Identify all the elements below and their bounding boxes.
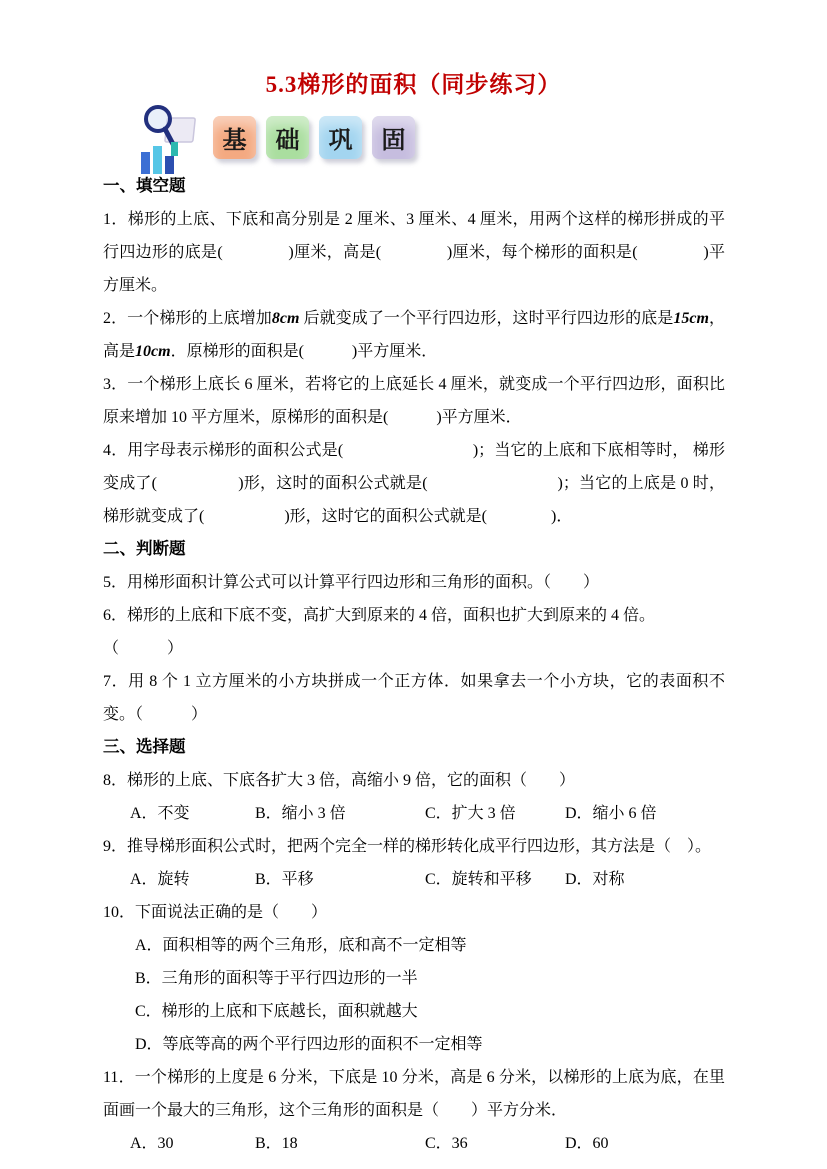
question-1: 1．梯形的上底、下底和高分别是 2 厘米、3 厘米、4 厘米，用两个这样的梯形拼… [103, 203, 725, 302]
question-2-text: 后就变成了一个平行四边形，这时平行四边形的底是 [299, 310, 673, 327]
question-4: 4．用字母表示梯形的面积公式是( )；当它的上底和下底相等时， 梯形变成了( )… [103, 434, 725, 533]
question-11-options: A．30 B．18 C．36 D．60 [103, 1127, 725, 1160]
badge-ji: 基 [213, 116, 256, 159]
option-d: D．缩小 6 倍 [565, 797, 725, 830]
section-heading-fill-in: 一、填空题 [103, 170, 725, 203]
question-9: 9．推导梯形面积公式时，把两个完全一样的梯形转化成平行四边形，其方法是（ ）。 [103, 830, 725, 863]
option-d: D．对称 [565, 863, 725, 896]
section-heading-multiple-choice: 三、选择题 [103, 731, 725, 764]
question-2-bold-15cm: 15cm [673, 310, 709, 327]
question-9-options: A．旋转 B．平移 C．旋转和平移 D．对称 [103, 863, 725, 896]
question-2-bold-8cm: 8cm [272, 310, 300, 327]
question-8: 8．梯形的上底、下底各扩大 3 倍，高缩小 9 倍，它的面积（ ） [103, 764, 725, 797]
option-a: A．30 [130, 1127, 255, 1160]
question-2-bold-10cm: 10cm [135, 343, 171, 360]
option-c: C．梯形的上底和下底越长，面积就越大 [135, 995, 725, 1028]
option-c: C．扩大 3 倍 [425, 797, 565, 830]
header-decor: 基 础 巩 固 [131, 102, 415, 178]
option-b: B．三角形的面积等于平行四边形的一半 [135, 962, 725, 995]
option-c: C．旋转和平移 [425, 863, 565, 896]
page-title: 5.3梯形的面积（同步练习） [0, 66, 827, 99]
question-6: 6．梯形的上底和下底不变，高扩大到原来的 4 倍，面积也扩大到原来的 4 倍。 [103, 599, 725, 632]
question-8-options: A．不变 B．缩小 3 倍 C．扩大 3 倍 D．缩小 6 倍 [103, 797, 725, 830]
question-11: 11．一个梯形的上度是 6 分米，下底是 10 分米，高是 6 分米，以梯形的上… [103, 1061, 725, 1127]
option-b: B．18 [255, 1127, 425, 1160]
question-5: 5．用梯形面积计算公式可以计算平行四边形和三角形的面积。（ ） [103, 566, 725, 599]
badge-gong: 巩 [319, 116, 362, 159]
question-10-options: A．面积相等的两个三角形，底和高不一定相等 B．三角形的面积等于平行四边形的一半… [103, 929, 725, 1061]
option-a: A．面积相等的两个三角形，底和高不一定相等 [135, 929, 725, 962]
question-2-text: 2．一个梯形的上底增加 [103, 310, 272, 327]
question-10: 10．下面说法正确的是（ ） [103, 896, 725, 929]
worksheet-body: 一、填空题 1．梯形的上底、下底和高分别是 2 厘米、3 厘米、4 厘米，用两个… [103, 170, 725, 1160]
question-2: 2．一个梯形的上底增加8cm 后就变成了一个平行四边形，这时平行四边形的底是15… [103, 302, 725, 368]
option-d: D．60 [565, 1127, 725, 1160]
option-b: B．平移 [255, 863, 425, 896]
badge-gu: 固 [372, 116, 415, 159]
badge-chu: 础 [266, 116, 309, 159]
magnifier-clipart-icon [131, 102, 203, 178]
worksheet-page: 5.3梯形的面积（同步练习） 基 础 巩 固 一、填空题 1．梯形的上底、下底和… [0, 0, 827, 1169]
question-2-text: ．原梯形的面积是( )平方厘米． [171, 343, 438, 360]
option-a: A．旋转 [130, 863, 255, 896]
option-d: D．等底等高的两个平行四边形的面积不一定相等 [135, 1028, 725, 1061]
section-heading-true-false: 二、判断题 [103, 533, 725, 566]
option-c: C．36 [425, 1127, 565, 1160]
question-7: 7．用 8 个 1 立方厘米的小方块拼成一个正方体．如果拿去一个小方块，它的表面… [103, 665, 725, 731]
option-a: A．不变 [130, 797, 255, 830]
option-b: B．缩小 3 倍 [255, 797, 425, 830]
header-badges: 基 础 巩 固 [213, 116, 415, 159]
question-3: 3．一个梯形上底长 6 厘米，若将它的上底延长 4 厘米，就变成一个平行四边形，… [103, 368, 725, 434]
question-6-answer-blank: （ ） [103, 632, 725, 665]
